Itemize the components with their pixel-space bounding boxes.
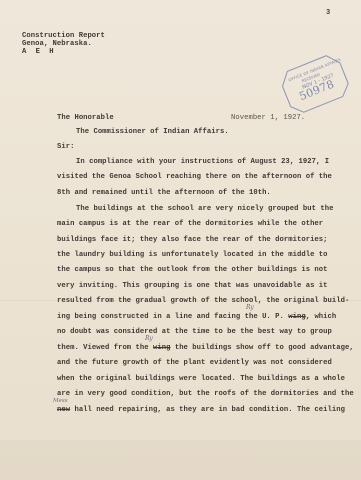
received-stamp: OFFICE OF INDIAN AFFAIRS RECEIVED NOV 1 … (275, 49, 354, 118)
addressee-line-1: The Honorable (57, 114, 114, 122)
body-line: resulted from the gradual growth of the … (57, 297, 349, 305)
body-line: the laundry building is unfortunately lo… (57, 251, 328, 259)
body-line: main campus is at the rear of the dormit… (57, 220, 323, 228)
body-line-text: hall need repairing, as they are in bad … (70, 406, 345, 414)
body-line: no doubt was considered at the time to b… (57, 328, 332, 336)
body-line-text: the buildings show off to good advantage… (170, 344, 353, 352)
body-line: ing being constructed in a line and faci… (57, 313, 336, 321)
body-line: are in very good condition, but the roof… (57, 390, 354, 398)
struck-word: wing (153, 344, 170, 352)
body-line: visited the Genoa School reaching there … (57, 173, 332, 181)
struck-word: wing (288, 313, 305, 321)
body-line-text: , which (306, 313, 337, 321)
handwritten-correction: Ry (246, 304, 254, 311)
header-line-1: Construction Report (22, 32, 105, 40)
body-line: new hall need repairing, as they are in … (57, 406, 345, 414)
addressee-line-2: The Commissioner of Indian Affairs. (76, 128, 229, 136)
handwritten-correction: Mess (53, 398, 68, 404)
page-number: 3 (326, 9, 330, 17)
body-line: when the original buildings were located… (57, 375, 345, 383)
body-line: them. Viewed from the wing the buildings… (57, 344, 354, 352)
body-line: buildings face it; they also face the re… (57, 236, 328, 244)
body-line: 8th and remained until the afternoon of … (57, 189, 271, 197)
struck-word: new (57, 406, 70, 414)
body-line: and the future growth of the plant evide… (57, 359, 332, 367)
body-line: very inviting. This grouping is one that… (57, 282, 328, 290)
salutation: Sir: (57, 143, 74, 151)
handwritten-correction: Ry (145, 335, 153, 342)
paper-shadow (0, 440, 361, 480)
body-line: The buildings at the school are very nic… (76, 205, 333, 213)
document-page: 3 Construction Report Genoa, Nebraska. A… (0, 0, 361, 480)
body-line-text: them. Viewed from the (57, 344, 149, 352)
header-initials: A E H (22, 48, 56, 56)
body-line: In compliance with your instructions of … (76, 158, 329, 166)
body-line-text: ing being constructed in a line and faci… (57, 313, 284, 321)
header-line-2: Genoa, Nebraska. (22, 40, 92, 48)
body-line: the campus so that the outlook from the … (57, 266, 328, 274)
letter-date: November 1, 1927. (231, 114, 305, 122)
